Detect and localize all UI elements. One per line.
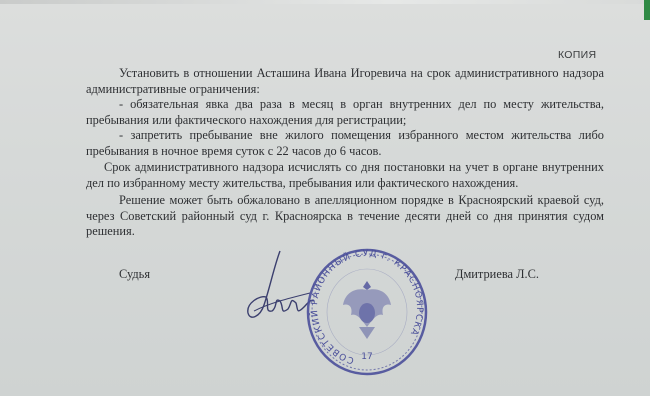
- paragraph-appeal: Решение может быть обжаловано в апелляци…: [86, 193, 604, 240]
- paragraph-term: Срок административного надзора исчислять…: [86, 160, 604, 191]
- paragraph-restrictions: Установить в отношении Асташина Ивана Иг…: [86, 66, 604, 97]
- court-seal-icon: СОВЕТСКИЙ РАЙОННЫЙ СУД г. КРАСНОЯРСКА 17: [305, 247, 429, 377]
- judge-name: Дмитриева Л.С.: [455, 267, 539, 282]
- paragraph-restriction-1: - обязательная явка два раза в месяц в о…: [86, 97, 604, 128]
- background-object: [644, 0, 650, 20]
- page-top-edge: [0, 0, 650, 4]
- copy-stamp-label: КОПИЯ: [558, 49, 596, 61]
- paragraph-restriction-2: - запретить пребывание вне жилого помеще…: [86, 128, 604, 159]
- document-body: Установить в отношении Асташина Ивана Иг…: [86, 66, 604, 240]
- judge-role: Судья: [119, 267, 150, 282]
- signature-block: Судья СОВЕТСКИЙ РАЙОННЫЙ СУД г. КРАСНОЯР…: [0, 265, 650, 395]
- svg-text:17: 17: [361, 352, 372, 362]
